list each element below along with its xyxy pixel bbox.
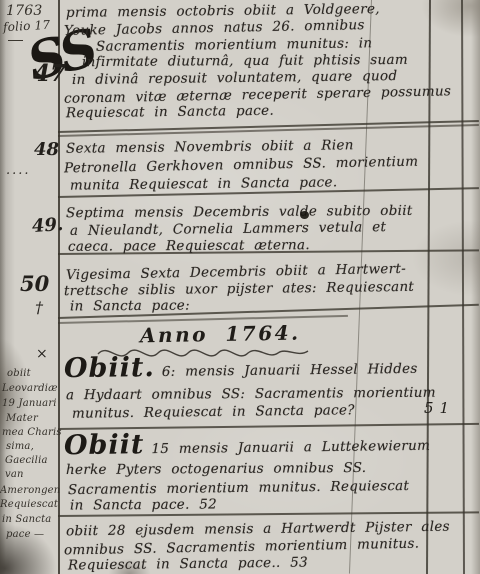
entry-50-line: in Sancta pace:	[70, 298, 190, 315]
entry-53-line: Requiescat in Sancta pace.. 53	[68, 555, 308, 574]
entry-51-line: a Hydaart omnibus SS: Sacramentis morien…	[66, 385, 436, 404]
entry-52-line: Obiit 15 mensis Januarii a Luttekewierum	[64, 426, 430, 461]
entry-49-line: a Nieulandt, Cornelia Lammers vetula et	[70, 219, 386, 239]
margin-note-line: sima,	[6, 441, 34, 452]
entry-51-obiit-word: Obiit.	[64, 352, 155, 384]
entry-49-line: caeca. pace Requiescat æterna.	[68, 237, 310, 255]
entry-52-line: Sacramentis morientium munitus. Requiesc…	[68, 478, 409, 498]
column-rule-vertical-3	[461, 0, 465, 574]
margin-note-line: obiit	[7, 368, 31, 379]
margin-note-line: Gaecilia	[5, 455, 48, 466]
entry-number-50: 50	[20, 271, 49, 296]
entry-48-line: munita Requiescat in Sancta pace.	[70, 174, 338, 193]
x-mark-icon: ×	[36, 346, 48, 362]
entry-52-obiit-word: Obiit	[64, 429, 145, 461]
margin-note-line: mea Charis	[2, 427, 62, 438]
margin-note-line: Leovardiæ	[2, 383, 58, 394]
entry-number-49: 49.	[31, 214, 64, 237]
year-label: 1763	[6, 3, 42, 19]
entry-52-line-rest: 15 mensis Januarii a Luttekewierum	[151, 438, 430, 457]
entry-48-line: Sexta mensis Novembris obiit a Rien	[66, 137, 354, 157]
margin-note-line: in Sancta	[2, 514, 51, 525]
entry-number-48: 48	[34, 139, 59, 160]
entry-47-line: infirmitate diuturnâ, qua fuit phtisis s…	[82, 52, 408, 70]
anno-heading: Anno 1764.	[140, 321, 301, 348]
cross-icon: †	[35, 298, 43, 317]
margin-note-line: Mater	[6, 413, 38, 424]
entry-52-line: in Sancta pace. 52	[70, 496, 217, 513]
entry-51-line: munitus. Requiescat in Sancta pace?	[72, 402, 355, 421]
margin-note-line: pace —	[6, 529, 44, 540]
entry-51-line-rest: 6: mensis Januarii Hessel Hiddes	[162, 361, 418, 380]
entry-number-47: 47	[34, 60, 66, 87]
entry-number-51: 51	[424, 399, 455, 417]
ink-blot	[300, 211, 309, 219]
entry-47-line: Requiescat in Sancta pace.	[66, 103, 274, 122]
entry-52-line: herke Pyters octogenarius omnibus SS.	[66, 460, 366, 478]
margin-note-line: Requiescat	[0, 499, 58, 510]
margin-note-line: 19 Januari	[2, 398, 57, 409]
margin-note-line: van	[5, 469, 24, 480]
entry-51-line: Obiit. 6: mensis Januarii Hessel Hiddes	[64, 349, 418, 384]
margin-dash-mark	[8, 40, 23, 41]
margin-note-line: Amerongen	[0, 485, 60, 496]
margin-dots-mark: ....	[6, 163, 31, 178]
entry-50-line: trettsche siblis uxor pijster ates: Requ…	[64, 279, 414, 299]
register-page-scan: 1763 folio 17 SS 47 48 .... 49. 50 † × o…	[0, 0, 480, 574]
